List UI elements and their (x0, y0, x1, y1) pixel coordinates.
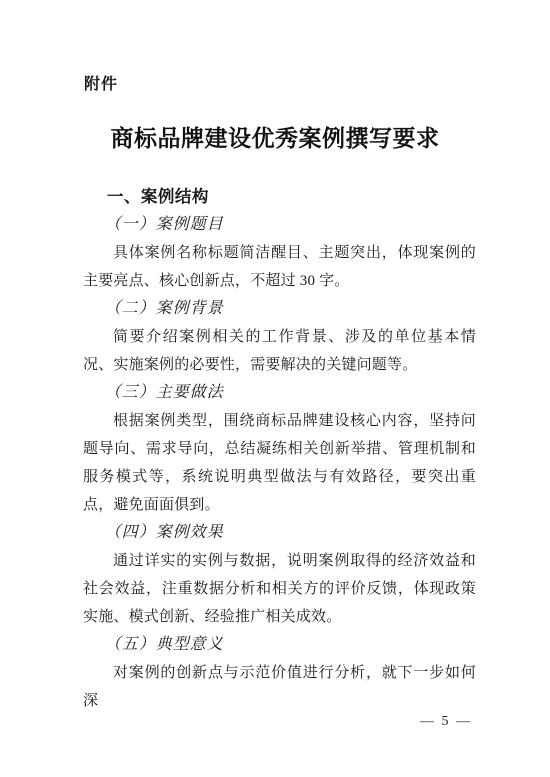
paragraph-main-practices: 根据案例类型，围绕商标品牌建设核心内容，坚持问题导向、需求导向，总结凝练相关创新… (83, 407, 476, 519)
section-heading-case-structure: 一、案例结构 (83, 183, 476, 211)
attachment-label: 附件 (84, 74, 118, 96)
document-page: 附件 商标品牌建设优秀案例撰写要求 一、案例结构 （一）案例题目 具体案例名称标… (0, 0, 550, 777)
paragraph-case-title: 具体案例名称标题简洁醒目、主题突出，体现案例的主要亮点、核心创新点，不超过 30… (83, 239, 476, 295)
paragraph-case-effect: 通过详实的实例与数据，说明案例取得的经济效益和社会效益，注重数据分析和相关方的评… (83, 547, 476, 631)
document-title: 商标品牌建设优秀案例撰写要求 (0, 122, 550, 156)
subsection-heading-case-title: （一）案例题目 (83, 211, 476, 239)
subsection-heading-main-practices: （三）主要做法 (83, 379, 476, 407)
paragraph-typical-significance: 对案例的创新点与示范价值进行分析，就下一步如何深 (83, 659, 476, 715)
document-body: 一、案例结构 （一）案例题目 具体案例名称标题简洁醒目、主题突出，体现案例的主要… (83, 183, 476, 715)
subsection-heading-case-effect: （四）案例效果 (83, 519, 476, 547)
paragraph-case-background: 简要介绍案例相关的工作背景、涉及的单位基本情况、实施案例的必要性，需要解决的关键… (83, 323, 476, 379)
subsection-heading-typical-significance: （五）典型意义 (83, 631, 476, 659)
page-number: — 5 — (420, 710, 472, 734)
subsection-heading-case-background: （二）案例背景 (83, 295, 476, 323)
